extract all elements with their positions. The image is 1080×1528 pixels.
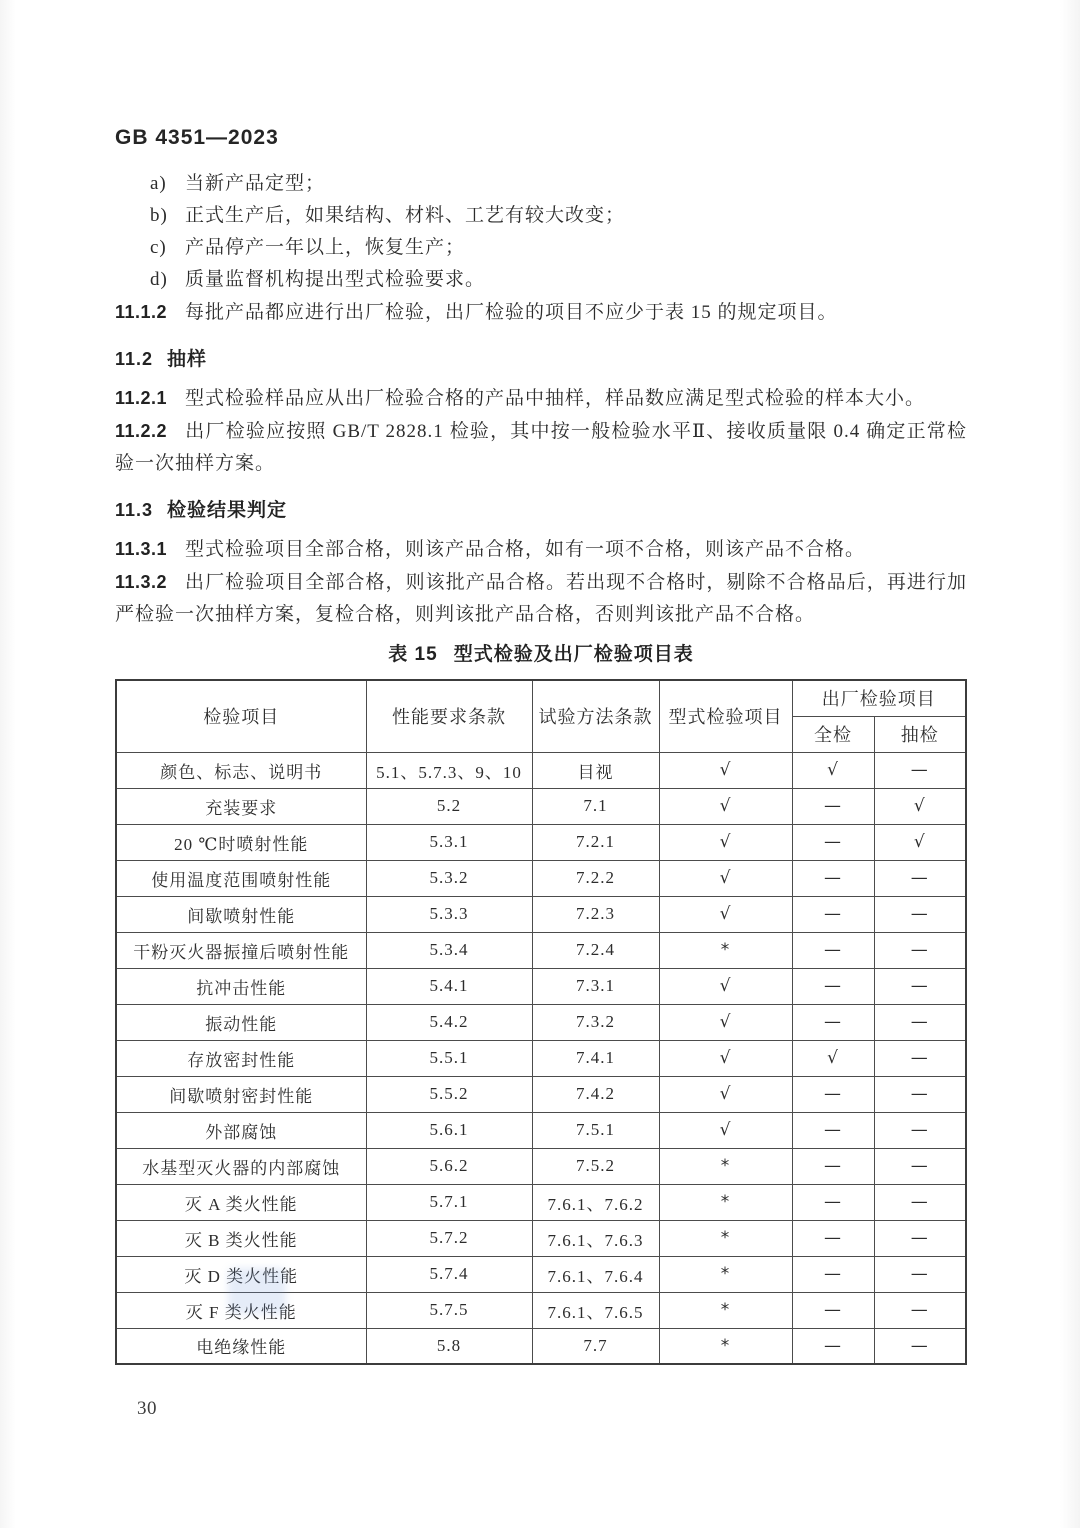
cell-method-clause: 7.5.1 xyxy=(532,1112,659,1148)
cell-sample-check: — xyxy=(874,1076,966,1112)
table-row: 干粉灭火器振撞后喷射性能 5.3.4 7.2.4 * — — xyxy=(116,932,966,968)
cell-type-test: * xyxy=(659,1220,792,1256)
cell-sample-check: — xyxy=(874,1184,966,1220)
table-row: 存放密封性能 5.5.1 7.4.1 √ √ — xyxy=(116,1040,966,1076)
list-item-label: a) xyxy=(150,168,185,200)
cell-full-check: — xyxy=(792,788,874,824)
section-number: 11.3 xyxy=(115,494,167,526)
cell-full-check: — xyxy=(792,1220,874,1256)
cell-method-clause: 7.4.2 xyxy=(532,1076,659,1112)
cell-req-clause: 5.3.2 xyxy=(366,860,532,896)
cell-item: 水基型灭火器的内部腐蚀 xyxy=(116,1148,366,1184)
col-header-performance-clause: 性能要求条款 xyxy=(366,680,532,752)
cell-method-clause: 7.6.1、7.6.2 xyxy=(532,1184,659,1220)
cell-sample-check: — xyxy=(874,1256,966,1292)
cell-item: 抗冲击性能 xyxy=(116,968,366,1004)
section-heading-11-2: 11.2抽样 xyxy=(115,343,967,376)
cell-full-check: √ xyxy=(792,752,874,788)
cell-req-clause: 5.4.2 xyxy=(366,1004,532,1040)
cell-type-test: √ xyxy=(659,788,792,824)
cell-method-clause: 目视 xyxy=(532,752,659,788)
cell-full-check: — xyxy=(792,1292,874,1328)
cell-sample-check: — xyxy=(874,1148,966,1184)
col-header-test-method-clause: 试验方法条款 xyxy=(532,680,659,752)
cell-full-check: — xyxy=(792,1256,874,1292)
cell-sample-check: √ xyxy=(874,824,966,860)
cell-req-clause: 5.3.3 xyxy=(366,896,532,932)
list-item-d: d) 质量监督机构提出型式检验要求。 xyxy=(115,264,967,296)
cell-sample-check: — xyxy=(874,752,966,788)
table-row: 灭 A 类火性能 5.7.1 7.6.1、7.6.2 * — — xyxy=(116,1184,966,1220)
cell-method-clause: 7.1 xyxy=(532,788,659,824)
section-number: 11.2 xyxy=(115,343,167,375)
cell-req-clause: 5.3.1 xyxy=(366,824,532,860)
cell-sample-check: — xyxy=(874,1328,966,1364)
cell-item: 间歇喷射密封性能 xyxy=(116,1076,366,1112)
clause-number: 11.2.1 xyxy=(115,382,185,414)
cell-full-check: — xyxy=(792,1112,874,1148)
list-item-label: b) xyxy=(150,200,185,232)
clause-text: 型式检验项目全部合格，则该产品合格，如有一项不合格，则该产品不合格。 xyxy=(185,539,865,560)
cell-full-check: — xyxy=(792,824,874,860)
clause-text: 每批产品都应进行出厂检验，出厂检验的项目不应少于表 15 的规定项目。 xyxy=(185,302,838,323)
table-caption: 表 15型式检验及出厂检验项目表 xyxy=(115,641,967,669)
cell-req-clause: 5.5.2 xyxy=(366,1076,532,1112)
cell-item: 灭 A 类火性能 xyxy=(116,1184,366,1220)
cell-method-clause: 7.2.3 xyxy=(532,896,659,932)
table-row: 颜色、标志、说明书 5.1、5.7.3、9、10 目视 √ √ — xyxy=(116,752,966,788)
table-header-row-1: 检验项目 性能要求条款 试验方法条款 型式检验项目 出厂检验项目 xyxy=(116,680,966,716)
cell-sample-check: √ xyxy=(874,788,966,824)
cell-item: 颜色、标志、说明书 xyxy=(116,752,366,788)
cell-type-test: * xyxy=(659,1328,792,1364)
clause-11-3-2: 11.3.2出厂检验项目全部合格，则该批产品合格。若出现不合格时，剔除不合格品后… xyxy=(115,566,967,631)
cell-sample-check: — xyxy=(874,1292,966,1328)
cell-item: 使用温度范围喷射性能 xyxy=(116,860,366,896)
cell-sample-check: — xyxy=(874,968,966,1004)
document-page: GB 4351—2023 a) 当新产品定型； b) 正式生产后，如果结构、材料… xyxy=(0,0,1080,1528)
watermark-artifact xyxy=(228,1268,286,1314)
cell-req-clause: 5.7.4 xyxy=(366,1256,532,1292)
col-header-factory-test: 出厂检验项目 xyxy=(792,680,966,716)
cell-item: 充装要求 xyxy=(116,788,366,824)
cell-full-check: — xyxy=(792,860,874,896)
cell-type-test: √ xyxy=(659,1112,792,1148)
clause-text: 出厂检验项目全部合格，则该批产品合格。若出现不合格时，剔除不合格品后，再进行加严… xyxy=(115,572,967,625)
cell-item: 干粉灭火器振撞后喷射性能 xyxy=(116,932,366,968)
list-item-label: d) xyxy=(150,264,185,296)
cell-req-clause: 5.3.4 xyxy=(366,932,532,968)
table-row: 使用温度范围喷射性能 5.3.2 7.2.2 √ — — xyxy=(116,860,966,896)
table-caption-label: 表 15 xyxy=(388,644,437,665)
cell-sample-check: — xyxy=(874,1112,966,1148)
cell-method-clause: 7.2.1 xyxy=(532,824,659,860)
cell-method-clause: 7.2.4 xyxy=(532,932,659,968)
inspection-items-table: 检验项目 性能要求条款 试验方法条款 型式检验项目 出厂检验项目 全检 抽检 颜… xyxy=(115,679,967,1365)
page-number: 30 xyxy=(137,1398,157,1420)
cell-type-test: √ xyxy=(659,968,792,1004)
cell-item: 间歇喷射性能 xyxy=(116,896,366,932)
list-item-c: c) 产品停产一年以上，恢复生产； xyxy=(115,232,967,264)
list-item-b: b) 正式生产后，如果结构、材料、工艺有较大改变； xyxy=(115,200,967,232)
cell-type-test: √ xyxy=(659,1004,792,1040)
table-caption-title: 型式检验及出厂检验项目表 xyxy=(454,644,694,665)
clause-11-2-1: 11.2.1型式检验样品应从出厂检验合格的产品中抽样，样品数应满足型式检验的样本… xyxy=(115,382,967,415)
cell-item: 外部腐蚀 xyxy=(116,1112,366,1148)
cell-type-test: √ xyxy=(659,1076,792,1112)
cell-item: 存放密封性能 xyxy=(116,1040,366,1076)
section-heading-11-3: 11.3检验结果判定 xyxy=(115,494,967,527)
clause-11-2-2: 11.2.2出厂检验应按照 GB/T 2828.1 检验，其中按一般检验水平Ⅱ、… xyxy=(115,415,967,480)
cell-req-clause: 5.7.5 xyxy=(366,1292,532,1328)
col-header-full-check: 全检 xyxy=(792,716,874,752)
cell-method-clause: 7.3.1 xyxy=(532,968,659,1004)
cell-item: 电绝缘性能 xyxy=(116,1328,366,1364)
cell-req-clause: 5.2 xyxy=(366,788,532,824)
clause-number: 11.3.1 xyxy=(115,533,185,565)
table-row: 间歇喷射密封性能 5.5.2 7.4.2 √ — — xyxy=(116,1076,966,1112)
cell-sample-check: — xyxy=(874,896,966,932)
clause-text: 出厂检验应按照 GB/T 2828.1 检验，其中按一般检验水平Ⅱ、接收质量限 … xyxy=(115,421,967,474)
cell-type-test: √ xyxy=(659,1040,792,1076)
cell-sample-check: — xyxy=(874,932,966,968)
table-row: 20 ℃时喷射性能 5.3.1 7.2.1 √ — √ xyxy=(116,824,966,860)
cell-sample-check: — xyxy=(874,860,966,896)
clause-11-3-1: 11.3.1型式检验项目全部合格，则该产品合格，如有一项不合格，则该产品不合格。 xyxy=(115,533,967,566)
cell-method-clause: 7.5.2 xyxy=(532,1148,659,1184)
cell-full-check: — xyxy=(792,896,874,932)
list-item-text: 质量监督机构提出型式检验要求。 xyxy=(185,264,967,296)
table-row: 充装要求 5.2 7.1 √ — √ xyxy=(116,788,966,824)
cell-type-test: √ xyxy=(659,824,792,860)
cell-method-clause: 7.4.1 xyxy=(532,1040,659,1076)
cell-item: 振动性能 xyxy=(116,1004,366,1040)
cell-method-clause: 7.3.2 xyxy=(532,1004,659,1040)
cell-type-test: √ xyxy=(659,860,792,896)
section-title: 抽样 xyxy=(167,349,207,370)
list-item-text: 正式生产后，如果结构、材料、工艺有较大改变； xyxy=(185,200,967,232)
cell-type-test: √ xyxy=(659,896,792,932)
cell-req-clause: 5.4.1 xyxy=(366,968,532,1004)
table-row: 电绝缘性能 5.8 7.7 * — — xyxy=(116,1328,966,1364)
table-row: 振动性能 5.4.2 7.3.2 √ — — xyxy=(116,1004,966,1040)
cell-item: 20 ℃时喷射性能 xyxy=(116,824,366,860)
cell-req-clause: 5.7.2 xyxy=(366,1220,532,1256)
cell-type-test: * xyxy=(659,1256,792,1292)
list-item-text: 产品停产一年以上，恢复生产； xyxy=(185,232,967,264)
clause-number: 11.2.2 xyxy=(115,415,185,447)
cell-method-clause: 7.6.1、7.6.5 xyxy=(532,1292,659,1328)
table-row: 外部腐蚀 5.6.1 7.5.1 √ — — xyxy=(116,1112,966,1148)
cell-type-test: * xyxy=(659,932,792,968)
table-row: 水基型灭火器的内部腐蚀 5.6.2 7.5.2 * — — xyxy=(116,1148,966,1184)
cell-full-check: — xyxy=(792,1004,874,1040)
cell-full-check: — xyxy=(792,1076,874,1112)
col-header-sample-check: 抽检 xyxy=(874,716,966,752)
cell-req-clause: 5.8 xyxy=(366,1328,532,1364)
cell-type-test: * xyxy=(659,1184,792,1220)
cell-full-check: — xyxy=(792,1184,874,1220)
cell-req-clause: 5.6.1 xyxy=(366,1112,532,1148)
cell-method-clause: 7.6.1、7.6.3 xyxy=(532,1220,659,1256)
cell-full-check: — xyxy=(792,932,874,968)
cell-method-clause: 7.6.1、7.6.4 xyxy=(532,1256,659,1292)
cell-full-check: — xyxy=(792,1328,874,1364)
cell-req-clause: 5.1、5.7.3、9、10 xyxy=(366,752,532,788)
cell-full-check: — xyxy=(792,968,874,1004)
cell-sample-check: — xyxy=(874,1220,966,1256)
cell-method-clause: 7.2.2 xyxy=(532,860,659,896)
standard-number: GB 4351—2023 xyxy=(115,126,279,150)
col-header-type-test: 型式检验项目 xyxy=(659,680,792,752)
cell-type-test: * xyxy=(659,1292,792,1328)
clause-text: 型式检验样品应从出厂检验合格的产品中抽样，样品数应满足型式检验的样本大小。 xyxy=(185,388,925,409)
cell-full-check: — xyxy=(792,1148,874,1184)
cell-type-test: √ xyxy=(659,752,792,788)
cell-type-test: * xyxy=(659,1148,792,1184)
col-header-inspection-item: 检验项目 xyxy=(116,680,366,752)
clause-11-1-2: 11.1.2每批产品都应进行出厂检验，出厂检验的项目不应少于表 15 的规定项目… xyxy=(115,296,967,329)
cell-item: 灭 B 类火性能 xyxy=(116,1220,366,1256)
list-item-a: a) 当新产品定型； xyxy=(115,168,967,200)
clause-number: 11.3.2 xyxy=(115,566,185,598)
page-content: a) 当新产品定型； b) 正式生产后，如果结构、材料、工艺有较大改变； c) … xyxy=(115,168,967,1365)
list-item-label: c) xyxy=(150,232,185,264)
list-item-text: 当新产品定型； xyxy=(185,168,967,200)
cell-sample-check: — xyxy=(874,1040,966,1076)
table-row: 抗冲击性能 5.4.1 7.3.1 √ — — xyxy=(116,968,966,1004)
section-title: 检验结果判定 xyxy=(167,500,287,521)
cell-method-clause: 7.7 xyxy=(532,1328,659,1364)
clause-number: 11.1.2 xyxy=(115,296,185,328)
cell-req-clause: 5.6.2 xyxy=(366,1148,532,1184)
cell-sample-check: — xyxy=(874,1004,966,1040)
cell-req-clause: 5.7.1 xyxy=(366,1184,532,1220)
table-row: 间歇喷射性能 5.3.3 7.2.3 √ — — xyxy=(116,896,966,932)
cell-full-check: √ xyxy=(792,1040,874,1076)
table-row: 灭 B 类火性能 5.7.2 7.6.1、7.6.3 * — — xyxy=(116,1220,966,1256)
cell-req-clause: 5.5.1 xyxy=(366,1040,532,1076)
